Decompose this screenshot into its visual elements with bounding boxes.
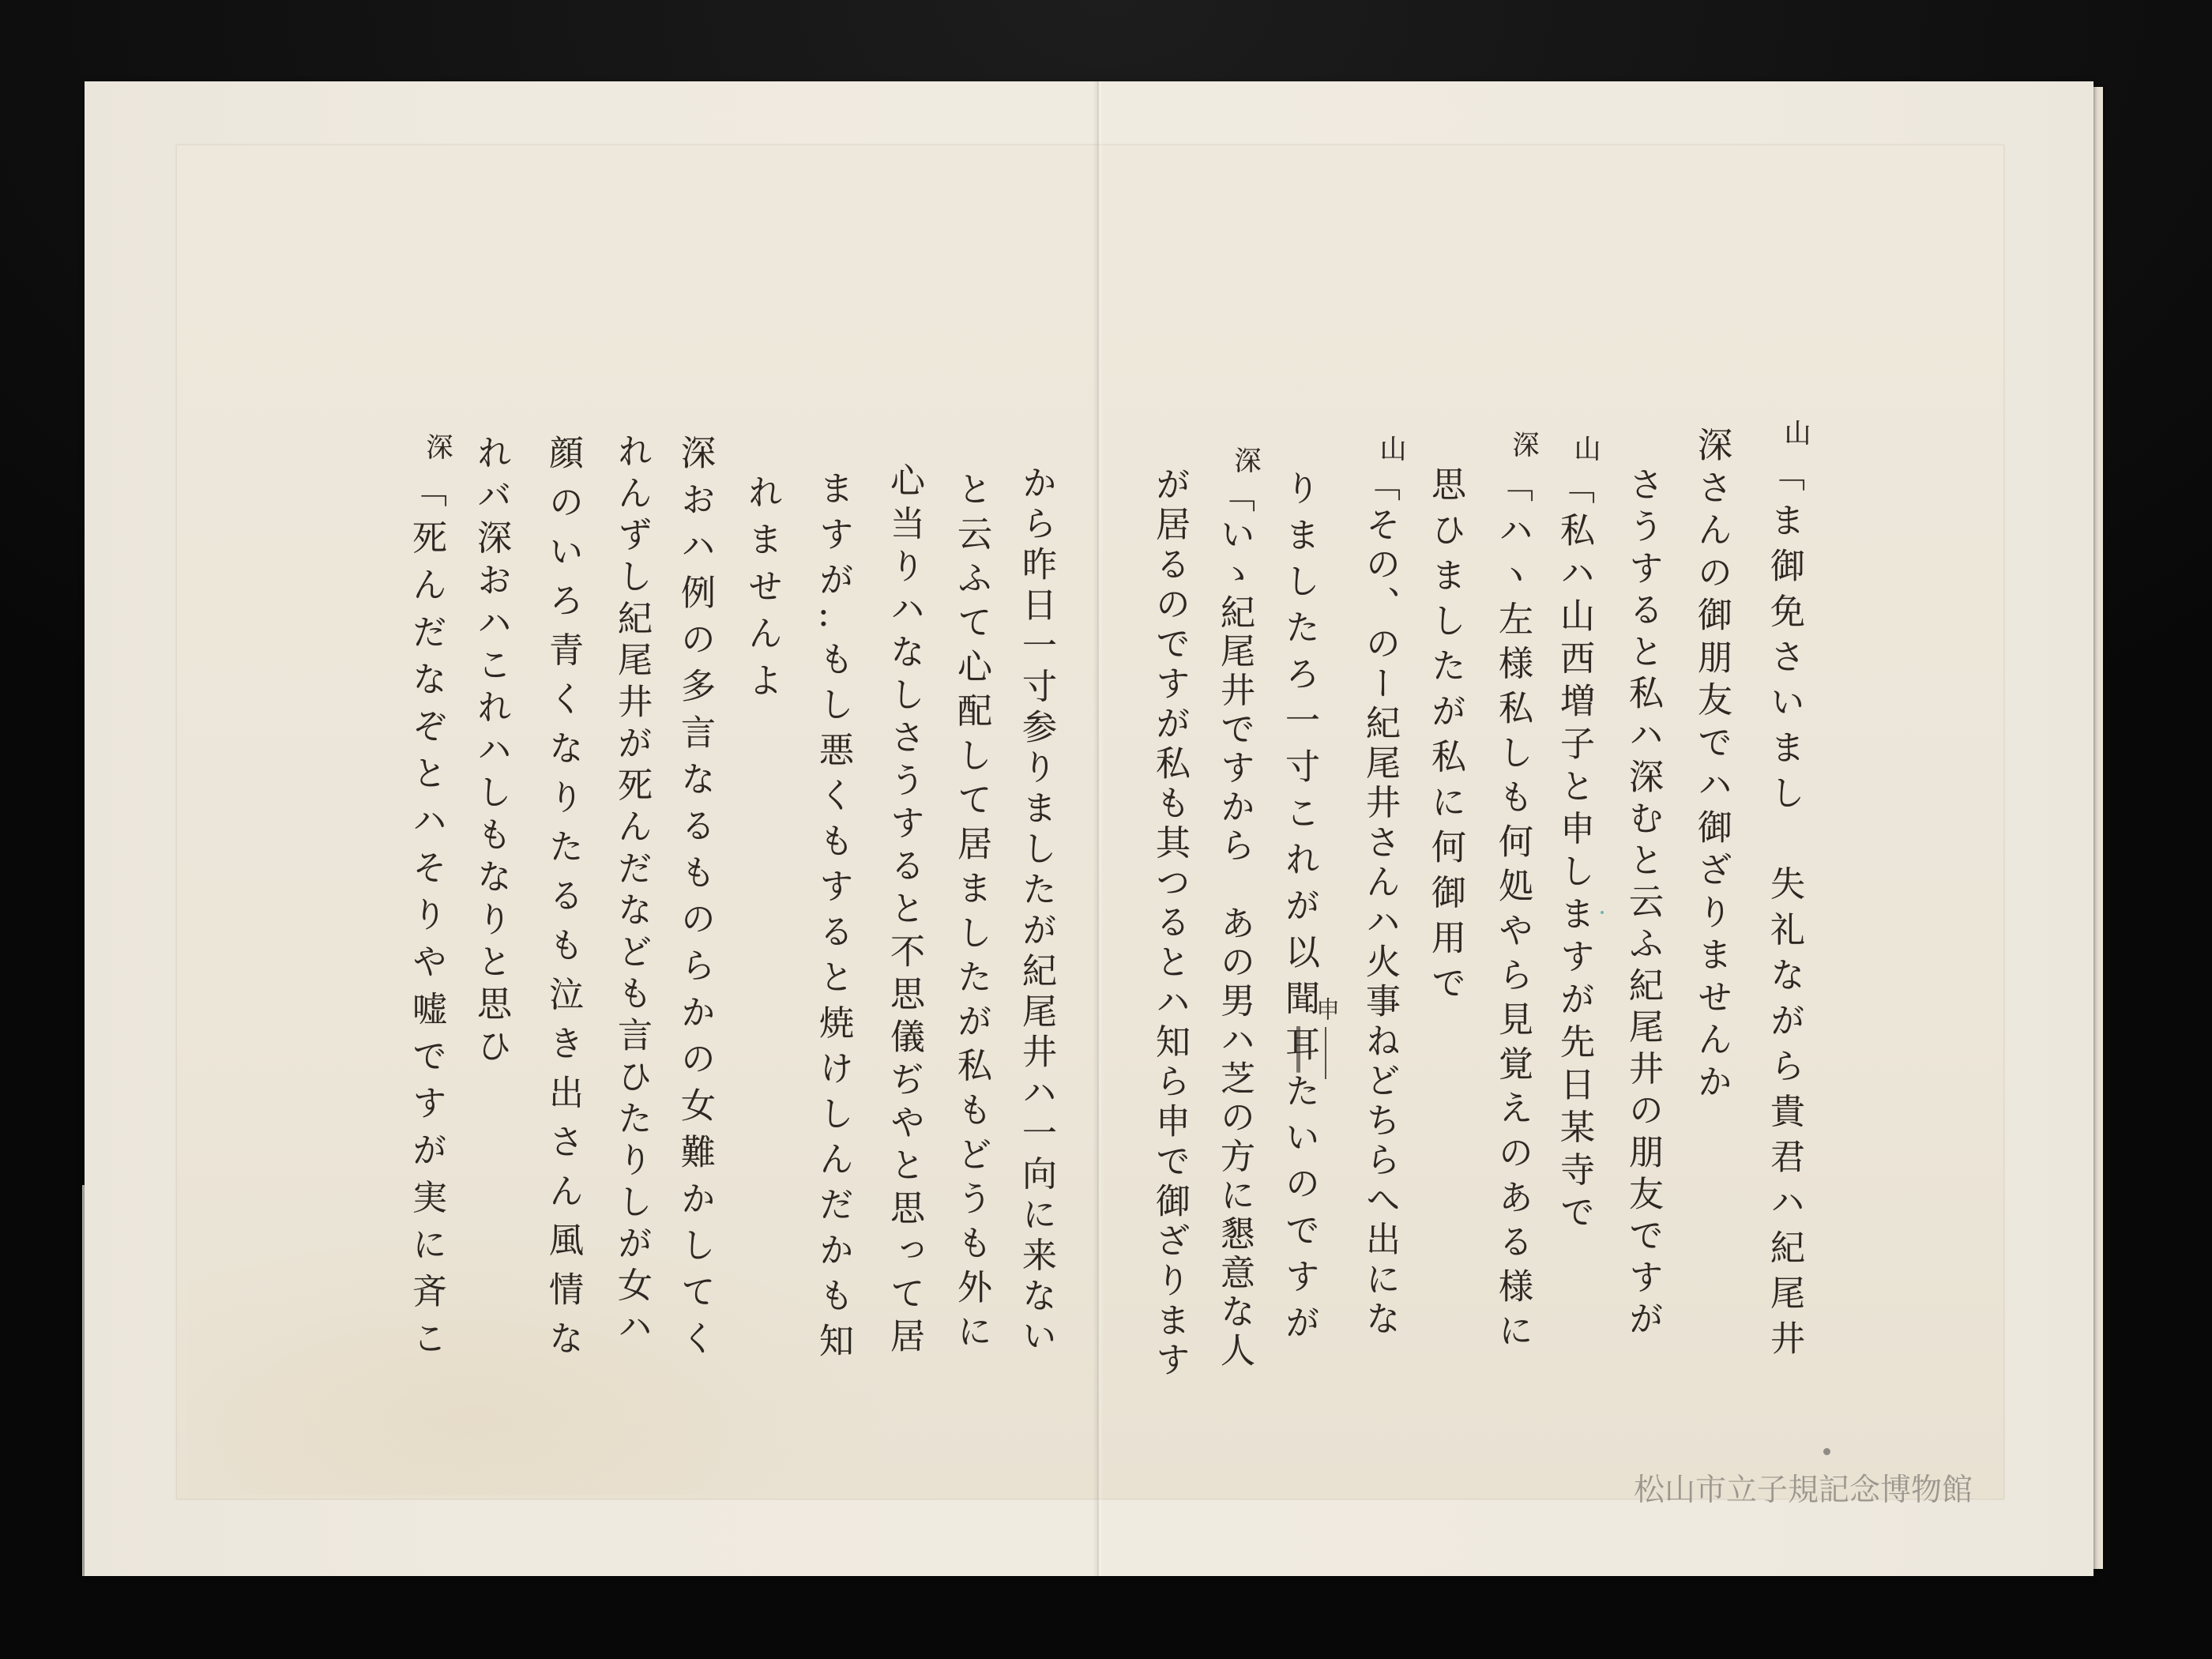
- right-page-column-3: さうすると私ハ深むと云ふ紀尾井の朋友ですが: [1622, 466, 1663, 1335]
- center-fold: [1093, 81, 1104, 1576]
- right-page-column-5: 深「ハヽ左様私しも何処やら見覚えのある様に: [1492, 431, 1533, 1347]
- paper-speck: [1601, 911, 1604, 914]
- photo-stage: 山「ま御免さいまし 失礼ながら貴君ハ紀尾井 深さんの御朋友でハ御ざりませんか さ…: [0, 0, 2212, 1659]
- column-text: 「その、のー紀尾井さんハ火事ねどちらへ出にな: [1360, 466, 1400, 1335]
- column-text: 「ま御免さいまし 失礼ながら貴君ハ紀尾井: [1764, 457, 1804, 1355]
- right-page-column-8: りましたろ一寸これが以聞耳たいのですが: [1278, 470, 1319, 1339]
- column-text-continued: たいのですが: [1279, 1073, 1319, 1339]
- column-text: 深さんの御朋友でハ御ざりませんか: [1691, 427, 1732, 1098]
- column-text: 「死んだなぞとハそりや嘘ですが実に斉こ: [406, 472, 446, 1355]
- struck-out-character: 耳: [1279, 1026, 1319, 1073]
- left-page-column-5: れませんよ: [741, 474, 782, 697]
- column-text: が居るのですが私も其つるとハ知ら申で御ざります: [1149, 466, 1190, 1376]
- left-page-column-4: ますが‥もし悪くもすると焼けしんだかも知: [812, 470, 853, 1357]
- insertion-stroke: [1325, 1027, 1326, 1079]
- column-text: から昨日一寸参りましたが紀尾井ハ一向に来ない: [1016, 465, 1056, 1352]
- column-text: 「ハヽ左様私しも何処やら見覚えのある様に: [1492, 467, 1533, 1347]
- column-text: 「いゝ紀尾井ですから あの男ハ芝の方に懇意な人: [1214, 477, 1255, 1367]
- speaker-marker: 山: [1779, 419, 1811, 457]
- museum-watermark: 松山市立子規記念博物館: [1634, 1473, 1973, 1509]
- right-page-column-1: 山「ま御免さいまし 失礼ながら貴君ハ紀尾井: [1763, 419, 1804, 1355]
- speaker-marker: 山: [1569, 434, 1601, 469]
- speaker-marker: 山: [1375, 434, 1406, 466]
- column-text: れませんよ: [742, 474, 782, 697]
- left-page-column-6: 深おハ例の多言なるものらかの女難かしてく: [674, 434, 715, 1355]
- column-text: 心当りハなしさうすると不思儀ぢやと思って居: [884, 462, 924, 1352]
- right-page-column-6: 思ひましたが私に何御用で: [1424, 466, 1465, 999]
- column-text: と云ふて心配して居ましたが私もどうも外に: [951, 471, 991, 1348]
- column-text: りましたろ一寸これが以聞: [1279, 470, 1319, 1026]
- column-text: 顔のいろ青くなりたるも泣き出さん風情な: [543, 434, 583, 1355]
- column-text: ますが‥もし悪くもすると焼けしんだかも知: [813, 470, 853, 1357]
- right-page-column-9: 深「いゝ紀尾井ですから あの男ハ芝の方に懇意な人: [1213, 446, 1255, 1367]
- left-page-column-10: 深「死んだなぞとハそりや嘘ですが実に斉こ: [405, 433, 446, 1355]
- right-page-column-10: が居るのですが私も其つるとハ知ら申で御ざります: [1149, 466, 1190, 1376]
- inserted-correction: 申: [1311, 997, 1338, 1021]
- left-page-column-7: れんずし紀尾井が死んだなども言ひたりしが女ハ: [611, 433, 652, 1343]
- right-page-column-2: 深さんの御朋友でハ御ざりませんか: [1691, 427, 1732, 1098]
- column-text: 思ひましたが私に何御用で: [1425, 466, 1465, 999]
- right-page-column-4: 山「私ハ山西増子と申しますが先日某寺で: [1553, 434, 1594, 1228]
- paper-speck: [1823, 1448, 1830, 1455]
- left-page-column-8: 顔のいろ青くなりたるも泣き出さん風情な: [542, 434, 583, 1355]
- left-page-column-2: と云ふて心配して居ましたが私もどうも外に: [950, 471, 991, 1348]
- column-text: れバ深おハこれハしもなりと思ひ: [471, 434, 511, 1063]
- left-page-column-3: 心当りハなしさうすると不思儀ぢやと思って居: [883, 462, 924, 1352]
- left-page-column-9: れバ深おハこれハしもなりと思ひ: [470, 434, 511, 1063]
- column-text: れんずし紀尾井が死んだなども言ひたりしが女ハ: [611, 433, 652, 1343]
- left-page-column-1: から昨日一寸参りましたが紀尾井ハ一向に来ない: [1015, 465, 1056, 1352]
- speaker-marker: 深: [1507, 431, 1539, 467]
- speaker-marker: 深: [1229, 446, 1261, 477]
- column-text: 「私ハ山西増子と申しますが先日某寺で: [1554, 469, 1594, 1228]
- column-text: 深おハ例の多言なるものらかの女難かしてく: [675, 434, 715, 1355]
- column-text: さうすると私ハ深むと云ふ紀尾井の朋友ですが: [1623, 466, 1663, 1335]
- right-page-column-7: 山「その、のー紀尾井さんハ火事ねどちらへ出にな: [1359, 434, 1400, 1335]
- speaker-marker: 深: [421, 433, 453, 472]
